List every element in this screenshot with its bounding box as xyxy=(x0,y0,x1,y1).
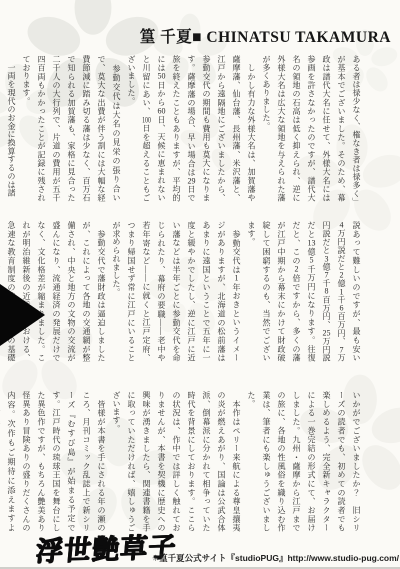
afterword-paragraph: 参勤交代は大名の見栄の張り合いで、莫大な出費が伴う割には大幅な経費節減に踏み切る… xyxy=(19,55,124,202)
official-site-url: http://www.studio-pug.com/ xyxy=(287,553,399,563)
author-byline: 篁 千夏■ CHINATSU TAKAMURA xyxy=(140,24,391,47)
afterword-block-bottom: いかがでございましたか？ 旧シリーズの読者でも、初めての読者でも楽しめるよう、完… xyxy=(12,391,364,532)
afterword-paragraph: しかし有力な外様大名は、加賀藩や薩摩藩、仙台藩、長州藩、米沢藩と、江戸から遠隔地… xyxy=(124,55,259,202)
afterword-page: 篁 千夏■ CHINATSU TAKAMURA ある者は禄少なく、権なき者は禄多… xyxy=(0,0,400,569)
afterword-paragraph: ある者は禄少なく、権なき者は禄多く」が基本でございました。そのため、幕政は譜代大… xyxy=(259,55,364,202)
afterword-paragraph: 一両を現代のお金に換算するのは諸 xyxy=(4,55,19,202)
afterword-paragraph: 参勤交代は1年おきというイメージがありますが、北海道の松前藩はあまりに遠国という… xyxy=(109,221,244,362)
afterword-paragraph: 説あって難しいのですが、最も安い4万円説だと2億1千6百万円、7万円説だと3億7… xyxy=(244,221,364,362)
triangle-marker-icon xyxy=(0,284,45,346)
afterword-block-middle: 説あって難しいのですが、最も安い4万円説だと2億1千6百万円、7万円説だと3億7… xyxy=(12,221,364,362)
afterword-paragraph: いかがでございましたか？ 旧シリーズの読者でも、初めての読者でも楽しめるよう、完… xyxy=(244,391,364,532)
afterword-paragraph: 皆様が本書を手にされる年の瀬のころ、月刊コミック乱誌上で新シリーズ『むすび島』が… xyxy=(0,391,109,532)
official-site-note: ✳篁千夏公式サイト『studioPUG』 xyxy=(152,552,287,564)
afterword-block-top: ある者は禄少なく、権なき者は禄多く」が基本でございました。そのため、幕政は譜代大… xyxy=(12,55,364,202)
footer-credit: ✳篁千夏公式サイト『studioPUG』 http://www.studio-p… xyxy=(152,552,396,564)
afterword-paragraph: 本作はペリー来航による尊皇攘夷の炎が燃えあがり、国論は公武合体派、倒幕派に分かれ… xyxy=(109,391,244,532)
